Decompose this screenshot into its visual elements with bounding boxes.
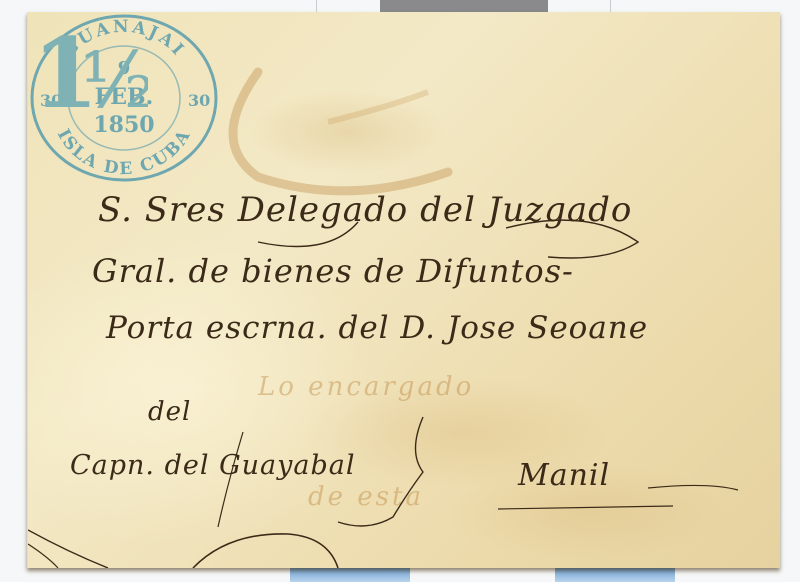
mount-divider (316, 0, 317, 12)
rate-handstamp: 1 ½ (28, 12, 148, 122)
underline (498, 506, 673, 509)
letter-paper: Lo encargado de esta GUANAJAI ISLA DE CU… (27, 12, 780, 568)
mount-top-dark-panel (380, 0, 548, 12)
mount-clip-right (555, 568, 675, 582)
rate-fraction: ½ (80, 36, 148, 122)
brace-icon (338, 417, 423, 526)
mount-clip-left (290, 568, 410, 582)
mount-divider (610, 0, 611, 12)
